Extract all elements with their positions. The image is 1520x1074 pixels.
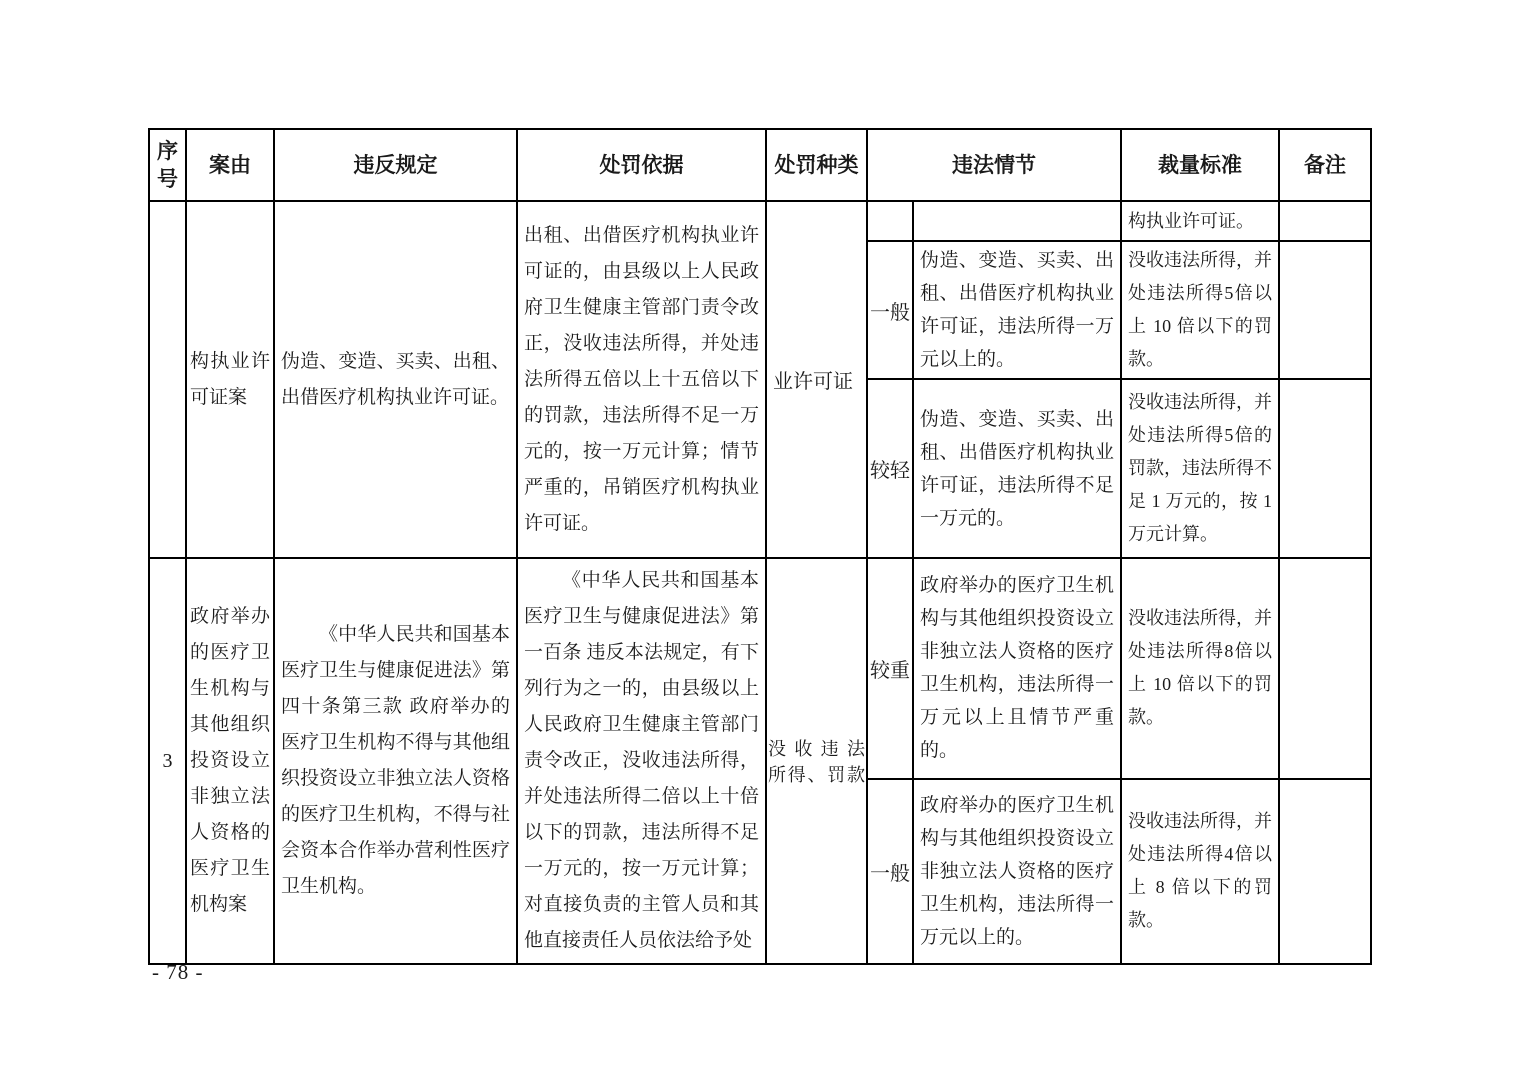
header-no: 序号 <box>149 129 186 201</box>
cell-case2-sub1-remark <box>1279 201 1371 241</box>
cell-case2-sub3-remark <box>1279 379 1371 558</box>
header-violation: 违反规定 <box>274 129 517 201</box>
page-number: - 78 - <box>152 960 204 985</box>
cell-case2-sub3-circumstance: 伪造、变造、买卖、出租、出借医疗机构执业许可证，违法所得不足一万元的。 <box>913 379 1121 558</box>
document-page: 序号 案由 违反规定 处罚依据 处罚种类 违法情节 裁量标准 备注 构执业许可证… <box>0 0 1520 1074</box>
header-remark: 备注 <box>1279 129 1371 201</box>
cell-case3-sub2-circumstance: 政府举办的医疗卫生机构与其他组织投资设立非独立法人资格的医疗卫生机构，违法所得一… <box>913 779 1121 964</box>
cell-case3-sub1-circumstance: 政府举办的医疗卫生机构与其他组织投资设立非独立法人资格的医疗卫生机构，违法所得一… <box>913 558 1121 779</box>
cell-case2-violation: 伪造、变造、买卖、出租、出借医疗机构执业许可证。 <box>274 201 517 558</box>
cell-case3-sub2-severity: 一般 <box>867 779 913 964</box>
cell-case3-violation: 《中华人民共和国基本医疗卫生与健康促进法》第四十条第三款 政府举办的医疗卫生机构… <box>274 558 517 964</box>
cell-case2-sub1-circumstance <box>913 201 1121 241</box>
cell-case2-penalty-type: 业许可证 <box>766 201 867 558</box>
cell-case3-sub1-remark <box>1279 558 1371 779</box>
cell-case3-sub2-standard: 没收违法所得，并处违法所得4倍以上 8 倍以下的罚款。 <box>1121 779 1279 964</box>
cell-case3-sub1-standard: 没收违法所得，并处违法所得8倍以上 10 倍以下的罚款。 <box>1121 558 1279 779</box>
cell-case3-sub2-remark <box>1279 779 1371 964</box>
cell-case3-penalty-type: 没收违法 所得、罚款 <box>766 558 867 964</box>
header-circumstance: 违法情节 <box>867 129 1121 201</box>
table-header-row: 序号 案由 违反规定 处罚依据 处罚种类 违法情节 裁量标准 备注 <box>149 129 1371 201</box>
cell-case2-sub3-standard: 没收违法所得，并处违法所得5倍的罚款，违法所得不足 1 万元的，按 1 万元计算… <box>1121 379 1279 558</box>
cell-case2-sub2-circumstance: 伪造、变造、买卖、出租、出借医疗机构执业许可证，违法所得一万元以上的。 <box>913 241 1121 379</box>
header-penalty-type: 处罚种类 <box>766 129 867 201</box>
cell-case2-sub3-severity: 较轻 <box>867 379 913 558</box>
cell-case2-sub2-severity: 一般 <box>867 241 913 379</box>
header-basis: 处罚依据 <box>517 129 766 201</box>
cell-case3-no: 3 <box>149 558 186 964</box>
cell-case2-sub1-standard: 构执业许可证。 <box>1121 201 1279 241</box>
cell-case2-sub1-severity <box>867 201 913 241</box>
penalty-discretion-table: 序号 案由 违反规定 处罚依据 处罚种类 违法情节 裁量标准 备注 构执业许可证… <box>148 128 1372 965</box>
table-row: 3 政府举办的医疗卫生机构与其他组织投资设立非独立法人资格的医疗卫生机构案 《中… <box>149 558 1371 779</box>
header-case: 案由 <box>186 129 274 201</box>
cell-case2-no <box>149 201 186 558</box>
header-standard: 裁量标准 <box>1121 129 1279 201</box>
cell-case3-sub1-severity: 较重 <box>867 558 913 779</box>
cell-case2-sub2-remark <box>1279 241 1371 379</box>
cell-case2-sub2-standard: 没收违法所得，并处违法所得5倍以上 10 倍以下的罚款。 <box>1121 241 1279 379</box>
cell-case2-basis: 出租、出借医疗机构执业许可证的，由县级以上人民政府卫生健康主管部门责令改正，没收… <box>517 201 766 558</box>
cell-case2-case: 构执业许可证案 <box>186 201 274 558</box>
cell-case3-case: 政府举办的医疗卫生机构与其他组织投资设立非独立法人资格的医疗卫生机构案 <box>186 558 274 964</box>
cell-case3-basis: 《中华人民共和国基本医疗卫生与健康促进法》第一百条 违反本法规定，有下列行为之一… <box>517 558 766 964</box>
table-row: 构执业许可证案 伪造、变造、买卖、出租、出借医疗机构执业许可证。 出租、出借医疗… <box>149 201 1371 241</box>
